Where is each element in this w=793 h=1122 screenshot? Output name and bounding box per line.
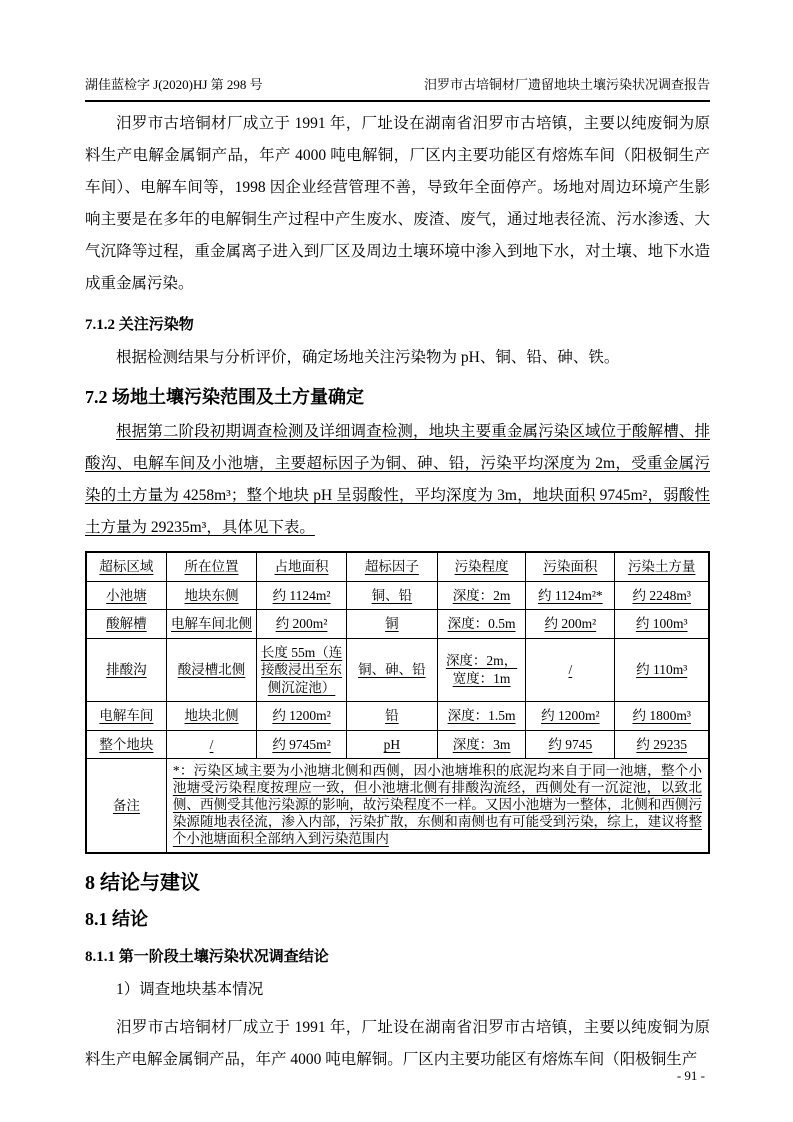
table-cell: 深度：1.5m <box>437 702 525 731</box>
table-cell-text: 电解车间北侧 <box>171 616 252 631</box>
table-cell: 约 1124m²* <box>526 581 615 610</box>
table-header-text: 占地面积 <box>275 559 329 574</box>
table-cell: 约 200m² <box>526 610 615 639</box>
table-cell: 铜、铅 <box>346 581 437 610</box>
table-cell: 整个地块 <box>86 730 166 759</box>
table-cell-text: 约 1200m² <box>272 708 330 723</box>
table-cell-text: 约 9745 <box>548 737 592 752</box>
table-cell-text: 铜、铅 <box>372 588 413 603</box>
table-cell: 酸浸槽北侧 <box>166 638 256 702</box>
table-cell: 铅 <box>346 702 437 731</box>
table-row-remark: 备注 *：污染区域主要为小池塘北侧和西侧，因小池塘堆积的底泥均来自于同一池塘，整… <box>86 759 709 853</box>
table-cell: 约 9745 <box>526 730 615 759</box>
remark-text: *：污染区域主要为小池塘北侧和西侧，因小池塘堆积的底泥均来自于同一池塘，整个小池… <box>173 763 702 846</box>
table-cell: / <box>526 638 615 702</box>
table-cell: 铜 <box>346 610 437 639</box>
table-row-acid-drain: 排酸沟 酸浸槽北侧 长度 55m（连接酸浸出至东侧沉淀池） 铜、砷、铅 深度：2… <box>86 638 709 702</box>
table-cell-text: 长度 55m（连接酸浸出至东侧沉淀池） <box>261 645 342 695</box>
table-cell-text: 备注 <box>113 798 140 813</box>
table-cell-text: 深度：0.5m <box>448 616 516 631</box>
table-cell-text: 整个地块 <box>99 737 153 752</box>
table-cell: 电解车间北侧 <box>166 610 256 639</box>
document-page: 湖佳蓝检字 J(2020)HJ 第 298 号 汨罗市古培铜材厂遗留地块土壤污染… <box>0 0 793 1122</box>
section-8-1-heading: 8.1 结论 <box>85 907 710 932</box>
table-header-cell: 污染程度 <box>437 552 525 581</box>
table-cell: 约 1200m² <box>257 702 347 731</box>
table-cell-text: 深度：2m <box>453 588 511 603</box>
table-row-acid-tank: 酸解槽 电解车间北侧 约 200m² 铜 深度：0.5m 约 200m² 约 1… <box>86 610 709 639</box>
table-cell-text: 地块北侧 <box>185 708 239 723</box>
table-cell-text: 约 29235 <box>636 737 687 752</box>
table-cell: 酸解槽 <box>86 610 166 639</box>
table-row-small-pond: 小池塘 地块东侧 约 1124m² 铜、铅 深度：2m 约 1124m²* 约 … <box>86 581 709 610</box>
list-item-1: 1）调查地块基本情况 <box>85 974 710 1006</box>
intro-paragraph: 汨罗市古培铜材厂成立于 1991 年，厂址设在湖南省汨罗市古培镇，主要以纯废铜为… <box>85 108 710 300</box>
table-cell: 约 110m³ <box>615 638 709 702</box>
table-cell: 约 1124m² <box>257 581 347 610</box>
table-cell-text: 约 200m² <box>544 616 596 631</box>
table-cell: 约 1800m³ <box>615 702 709 731</box>
table-cell-text: 酸解槽 <box>106 616 147 631</box>
section-8-heading: 8 结论与建议 <box>85 870 710 896</box>
remark-label-cell: 备注 <box>86 759 166 853</box>
table-cell: 电解车间 <box>86 702 166 731</box>
table-header-cell: 占地面积 <box>257 552 347 581</box>
table-cell-text: 约 1800m³ <box>632 708 690 723</box>
table-cell-text: 约 1200m² <box>541 708 599 723</box>
table-header-cell: 污染面积 <box>526 552 615 581</box>
table-cell-text: 电解车间 <box>99 708 153 723</box>
table-cell-text: 排酸沟 <box>106 662 147 677</box>
table-cell-text: 约 1124m²* <box>538 588 603 603</box>
table-header-text: 超标区域 <box>99 559 153 574</box>
table-cell: 约 2248m³ <box>615 581 709 610</box>
table-cell-text: 约 100m³ <box>636 616 688 631</box>
table-header-text: 所在位置 <box>185 559 239 574</box>
table-cell: 约 29235 <box>615 730 709 759</box>
section-7-2-paragraph: 根据第二阶段初期调查检测及详细调查检测，地块主要重金属污染区域位于酸解槽、排酸沟… <box>85 416 710 544</box>
table-row-electrolysis-workshop: 电解车间 地块北侧 约 1200m² 铅 深度：1.5m 约 1200m² 约 … <box>86 702 709 731</box>
table-cell-text: 铅 <box>385 708 399 723</box>
table-header-text: 污染面积 <box>543 559 597 574</box>
page-number: - 91 - <box>677 1068 705 1084</box>
table-cell: pH <box>346 730 437 759</box>
table-header-text: 超标因子 <box>365 559 419 574</box>
table-cell-text: 深度：3m <box>453 737 511 752</box>
section-8-1-1-heading: 8.1.1 第一阶段土壤污染状况调查结论 <box>85 946 710 968</box>
table-cell: 小池塘 <box>86 581 166 610</box>
table-header-row: 超标区域 所在位置 占地面积 超标因子 污染程度 污染面积 污染土方量 <box>86 552 709 581</box>
conclusion-paragraph: 汨罗市古培铜材厂成立于 1991 年，厂址设在湖南省汨罗市古培镇，主要以纯废铜为… <box>85 1012 710 1076</box>
table-cell-text: 深度：2m，宽度：1m <box>446 653 517 686</box>
table-cell-text: 地块东侧 <box>185 588 239 603</box>
table-cell-text: 铜、砷、铅 <box>358 662 426 677</box>
table-row-whole-plot: 整个地块 / 约 9745m² pH 深度：3m 约 9745 约 29235 <box>86 730 709 759</box>
table-cell: 约 100m³ <box>615 610 709 639</box>
section-7-1-2-paragraph: 根据检测结果与分析评价，确定场地关注污染物为 pH、铜、铅、砷、铁。 <box>85 342 710 374</box>
table-cell: 深度：0.5m <box>437 610 525 639</box>
header-report-title: 汨罗市古培铜材厂遗留地块土壤污染状况调查报告 <box>424 76 710 94</box>
table-cell: 深度：2m，宽度：1m <box>437 638 525 702</box>
remark-text-cell: *：污染区域主要为小池塘北侧和西侧，因小池塘堆积的底泥均来自于同一池塘，整个小池… <box>166 759 709 853</box>
table-cell-text: 约 1124m² <box>273 588 331 603</box>
table-cell: 深度：2m <box>437 581 525 610</box>
table-cell: 地块北侧 <box>166 702 256 731</box>
table-header-cell: 污染土方量 <box>615 552 709 581</box>
table-cell: 排酸沟 <box>86 638 166 702</box>
table-cell-text: 约 9745m² <box>272 737 330 752</box>
table-cell: / <box>166 730 256 759</box>
table-cell: 长度 55m（连接酸浸出至东侧沉淀池） <box>257 638 347 702</box>
table-header-text: 污染程度 <box>455 559 509 574</box>
table-header-cell: 超标因子 <box>346 552 437 581</box>
table-cell: 约 1200m² <box>526 702 615 731</box>
table-cell-text: 小池塘 <box>106 588 147 603</box>
table-header-cell: 所在位置 <box>166 552 256 581</box>
table-cell-text: 约 110m³ <box>636 662 687 677</box>
table-cell-text: 深度：1.5m <box>448 708 516 723</box>
table-cell: 地块东侧 <box>166 581 256 610</box>
header-document-number: 湖佳蓝检字 J(2020)HJ 第 298 号 <box>85 76 263 94</box>
table-cell-text: 酸浸槽北侧 <box>178 662 246 677</box>
page-header: 湖佳蓝检字 J(2020)HJ 第 298 号 汨罗市古培铜材厂遗留地块土壤污染… <box>85 76 710 102</box>
table-cell-text: / <box>210 737 214 752</box>
table-header-text: 污染土方量 <box>628 559 696 574</box>
pollution-scope-table: 超标区域 所在位置 占地面积 超标因子 污染程度 污染面积 污染土方量 小池塘 … <box>85 551 710 854</box>
table-cell-text: 约 2248m³ <box>632 588 690 603</box>
table-cell-text: 约 200m² <box>276 616 328 631</box>
table-cell-text: pH <box>384 737 401 752</box>
table-cell: 深度：3m <box>437 730 525 759</box>
table-cell: 约 200m² <box>257 610 347 639</box>
table-cell-text: / <box>568 662 572 677</box>
table-cell: 铜、砷、铅 <box>346 638 437 702</box>
table-cell-text: 铜 <box>385 616 399 631</box>
table-header-cell: 超标区域 <box>86 552 166 581</box>
table-cell: 约 9745m² <box>257 730 347 759</box>
section-7-2-heading: 7.2 场地土壤污染范围及土方量确定 <box>85 385 710 410</box>
section-7-1-2-heading: 7.1.2 关注污染物 <box>85 314 710 336</box>
